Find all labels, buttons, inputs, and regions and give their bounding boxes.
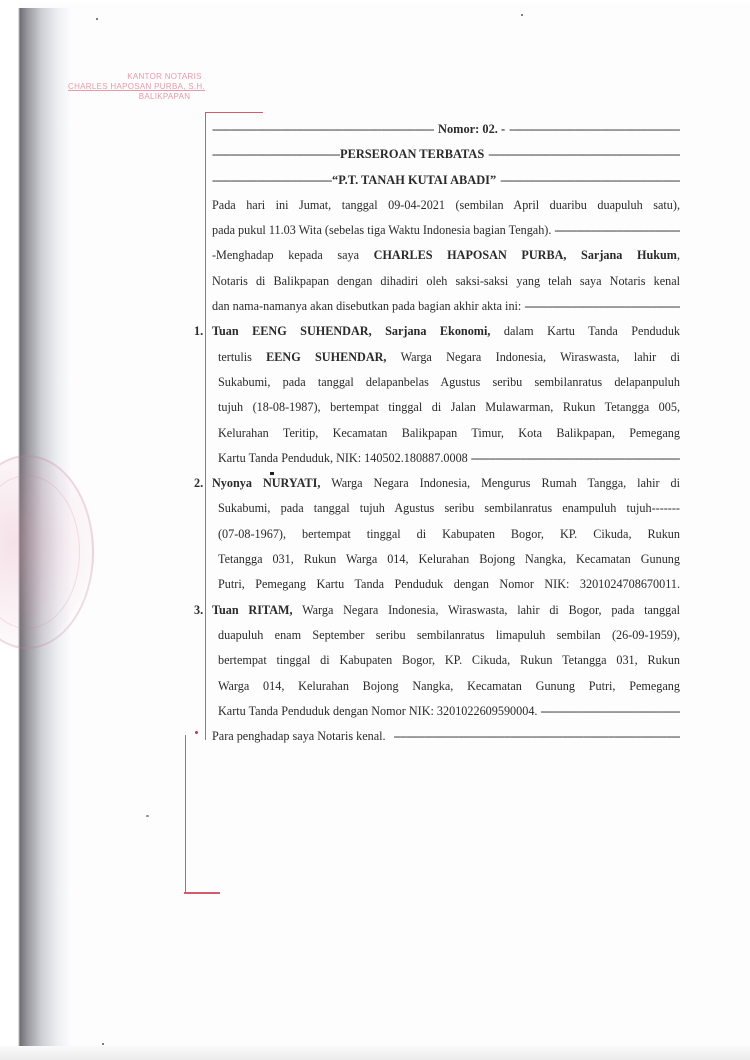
party-3-name: Tuan RITAM, [212,603,293,617]
margin-line-bottom-horizontal [184,892,220,894]
dash-filler [212,117,434,142]
party-3-line-3: bertempat tinggal di Kabupaten Bogor, KP… [212,648,680,673]
dash-filler [394,724,680,749]
party-1-text: dalam Kartu Tanda Penduduk [504,324,680,338]
dash-filler [509,117,680,142]
party-1-text: Warga Negara Indonesia, Wiraswasta, lahi… [401,350,680,364]
deed-number-line: Nomor: 02. - [212,117,680,142]
stamp-line-city: BALIKPAPAN [62,92,267,102]
entity-type-line: PERSEROAN TERBATAS [212,142,680,167]
scan-bottom-edge [0,1046,750,1060]
party-1-line-1: 1. Tuan EENG SUHENDAR, Sarjana Ekonomi, … [212,319,680,344]
party-2-line-4: Tetangga 031, Rukun Warga 014, Kelurahan… [212,547,680,572]
party-1: 1. Tuan EENG SUHENDAR, Sarjana Ekonomi, … [212,319,680,471]
party-3-line-5: Kartu Tanda Penduduk dengan Nomor NIK: 3… [212,699,680,724]
dash-filler [540,699,680,724]
party-1-line-2: tertulis EENG SUHENDAR, Warga Negara Ind… [212,345,680,370]
dash-filler [524,294,680,319]
scan-speck [96,18,98,20]
stamp-line-office: KANTOR NOTARIS [62,72,267,82]
opening-line-1: Pada hari ini Jumat, tanggal 09-04-2021 … [212,193,680,218]
party-2: 2. Nyonya NURYATI, Warga Negara Indonesi… [212,471,680,597]
party-1-ktp-name: EENG SUHENDAR, [266,350,386,364]
party-2-line-5: Putri, Pemegang Kartu Tanda Penduduk den… [212,572,680,597]
opening-time-text: pada pukul 11.03 Wita (sebelas tiga Wakt… [212,218,551,243]
scan-top-edge [18,0,750,8]
dash-filler [212,142,340,167]
notary-stamp: KANTOR NOTARIS CHARLES HAPOSAN PURBA, S.… [62,72,267,102]
party-1-line-6: Kartu Tanda Penduduk, NIK: 140502.180887… [212,446,680,471]
party-1-name: Tuan EENG SUHENDAR, Sarjana Ekonomi, [212,324,490,338]
dash-filler [500,168,680,193]
deed-body: Nomor: 02. - PERSEROAN TERBATAS “P.T. TA… [212,117,680,749]
party-1-nik: Kartu Tanda Penduduk, NIK: 140502.180887… [218,446,468,471]
scan-speck [146,815,149,817]
opening-witness-text: dan nama-namanya akan disebutkan pada ba… [212,294,521,319]
stamp-ghost-mark [0,455,94,649]
margin-line-vertical-upper [205,112,206,740]
closing-line: - Para penghadap saya Notaris kenal. [212,724,680,749]
party-2-text: Warga Negara Indonesia, Mengurus Rumah T… [331,476,680,490]
party-2-line-3: (07-08-1967), bertempat tinggal di Kabup… [212,522,680,547]
opening-line-4: Notaris di Balikpapan dengan dihadiri ol… [212,269,680,294]
dash-filler [212,168,332,193]
scan-speck [521,14,523,16]
party-3: 3. Tuan RITAM, Warga Negara Indonesia, W… [212,598,680,724]
closing-text: Para penghadap saya Notaris kenal. [212,724,386,749]
party-3-nik: Kartu Tanda Penduduk dengan Nomor NIK: 3… [218,699,537,724]
opening-line-5: dan nama-namanya akan disebutkan pada ba… [212,294,680,319]
entity-type: PERSEROAN TERBATAS [340,142,488,167]
party-1-line-5: Kelurahan Teritip, Kecamatan Balikpapan … [212,421,680,446]
party-1-line-4: tujuh (18-08-1987), bertempat tinggal di… [212,395,680,420]
opening-line-3: -Menghadap kepada saya CHARLES HAPOSAN P… [212,243,680,268]
party-3-text: Warga Negara Indonesia, Wiraswasta, lahi… [302,603,680,617]
party-2-line-1: 2. Nyonya NURYATI, Warga Negara Indonesi… [212,471,680,496]
stamp-line-notary-name: CHARLES HAPOSAN PURBA, S.H. [62,82,267,92]
dash-filler [488,142,680,167]
company-name-line: “P.T. TANAH KUTAI ABADI” [212,168,680,193]
notary-name: CHARLES HAPOSAN PURBA, Sarjana Hukum [374,248,677,262]
margin-mark [195,731,198,734]
company-name: “P.T. TANAH KUTAI ABADI” [332,168,500,193]
deed-number: Nomor: 02. - [434,117,509,142]
party-2-line-2: Sukabumi, pada tanggal tujuh Agustus ser… [212,496,680,521]
party-3-line-1: 3. Tuan RITAM, Warga Negara Indonesia, W… [212,598,680,623]
party-1-text: tertulis [218,350,252,364]
opening-line-2: pada pukul 11.03 Wita (sebelas tiga Wakt… [212,218,680,243]
party-3-line-2: duapuluh enam September seribu sembilanr… [212,623,680,648]
dash-filler [554,218,680,243]
margin-line-top-horizontal [205,112,263,113]
party-3-line-4: Warga 014, Kelurahan Bojong Nangka, Keca… [212,674,680,699]
scan-speck [102,1043,104,1045]
punctuation: , [677,248,680,262]
dash-filler [471,446,680,471]
margin-line-vertical-lower [185,735,186,893]
party-1-line-3: Sukabumi, pada tanggal delapanbelas Agus… [212,370,680,395]
party-2-name: Nyonya NURYATI, [212,476,320,490]
appear-before-text: -Menghadap kepada saya [212,248,359,262]
